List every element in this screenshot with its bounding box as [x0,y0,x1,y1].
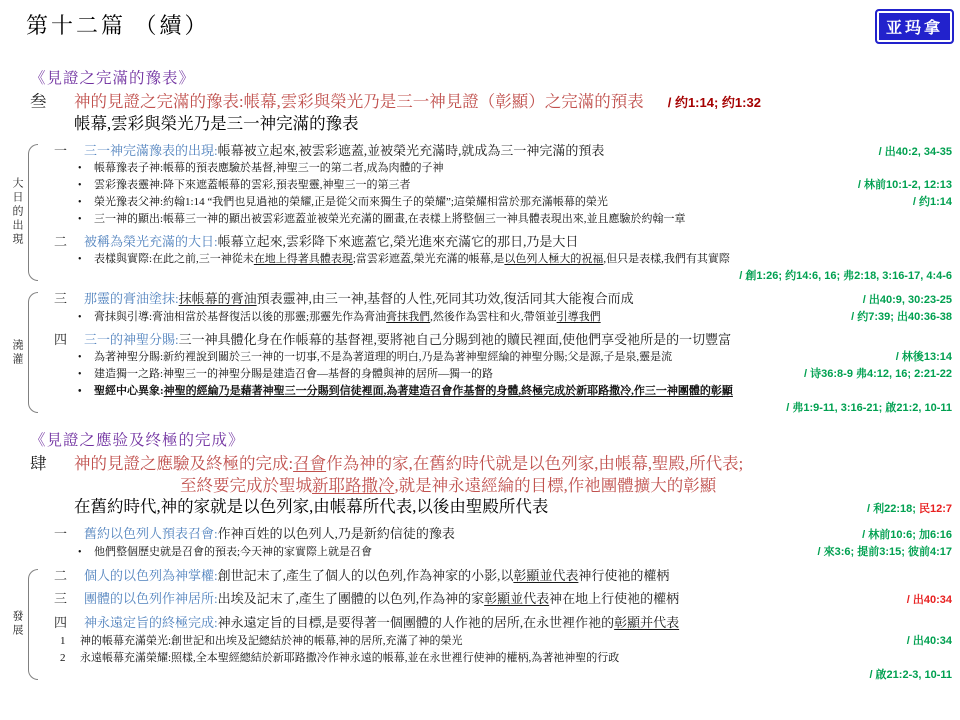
scripture-ref-part: 民12:7 [919,503,952,515]
item-head: 被稱為榮光充滿的大日: [84,234,218,249]
group-rows: 一三一神完滿豫表的出現:帳幕被立起來,被雲彩遮蓋,並被榮光充滿時,就成為三一神完… [30,142,952,284]
outline-section: 《見證之應验及终極的完成》肆神的見證之應驗及終極的完成:召會作為神的家,在舊約時… [0,428,960,682]
scripture-ref: / 利22:18; 民12:7 [857,502,952,517]
slide-header: 第十二篇 （續） 亚玛拿 [0,0,960,44]
group-label: 澆灌 [9,339,25,367]
lead-text: 在舊約時代,神的家就是以色列家,由帳幕所代表,以後由聖殿所代表 [74,496,548,518]
scripture-ref: / 约1:14; 约1:32 [658,94,761,111]
outline-item: 一三一神完滿豫表的出現:帳幕被立起來,被雲彩遮蓋,並被榮光充滿時,就成為三一神完… [54,142,952,160]
section-title: 《見證之完滿的豫表》 [30,66,952,88]
item-text: 榮光豫表父神:約翰1:14 “我們也見過祂的榮耀,正是從父而來獨生子的榮耀”;這… [94,195,903,210]
lead-line: 在舊約時代,神的家就是以色列家,由帳幕所代表,以後由聖殿所代表/ 利22:18;… [30,496,952,518]
item-text: 帳幕豫表子神:帳幕的預表應驗於基督,神聖三一的第二者,成為肉體的子神 [94,161,952,176]
lead-block: 肆神的見證之應驗及終極的完成:召會作為神的家,在舊約時代就是以色列家,由帳幕,聖… [30,453,952,518]
scripture-ref: / 约1:14 [903,195,952,210]
group-rows: 一舊約以色列人預表召會:作神百姓的以色列人,乃是新約信徒的豫表/ 林前10:6;… [30,525,952,560]
outline-group: 三那靈的膏油塗抹:抹帳幕的膏油預表靈神,由三一神,基督的人性,死同其功效,復活同… [30,290,952,415]
bullet-icon: • [78,311,94,325]
underlined-text: 膏抹我們 [386,311,430,323]
underlined-text: 彰顯並代表 [513,568,578,583]
outline-numbered-item: 1神的帳幕充滿榮光:創世記和出埃及記總結於神的帳幕,神的居所,充滿了神的榮光/ … [54,634,952,649]
item-text: 膏抹與引導:膏油相當於基督復活以後的那靈;那靈先作為膏油膏抹我們,然後作為雲柱和… [94,310,841,325]
lead-number: 肆 [30,453,74,475]
group-label: 大日的出現 [9,177,25,247]
group-label: 發展 [9,610,25,638]
item-text: 團體的以色列作神居所:出埃及記末了,產生了團體的以色列,作為神的家彰顯並代表神在… [84,590,897,608]
ref-line: / 弗1:9-11, 3:16-21; 啟21:2, 10-11 [54,399,952,415]
item-number: 一 [54,142,84,160]
lead-line: 至終要完成於聖城新耶路撒冷,就是神永遠經綸的目標,作祂團體擴大的彰顯 [30,475,952,497]
item-text: 聖經中心異象:神聖的經綸乃是藉著神聖三一分賜到信徒裡面,為著建造召會作基督的身體… [94,384,952,399]
outline-bullet: •膏抹與引導:膏油相當於基督復活以後的那靈;那靈先作為膏油膏抹我們,然後作為雲柱… [54,310,952,325]
outline-item: 二被稱為榮光充滿的大日:帳幕立起來,雲彩降下來遮蓋它,榮光進來充滿它的那日,乃是… [54,233,952,251]
page-title: 第十二篇 （續） [26,9,210,40]
outline-item: 二個人的以色列為神掌權:創世記末了,產生了個人的以色列,作為神家的小影,以彰顯並… [54,567,952,585]
outline-bullet: •為著神聖分賜:新約裡說到關於三一神的一切事,不是為著道理的明白,乃是為著神聖經… [54,350,952,365]
underlined-text: 在地上得著具體表現 [254,253,353,265]
scripture-ref: / 來3:6; 提前3:15; 彼前4:17 [808,545,952,560]
outline-item: 三那靈的膏油塗抹:抹帳幕的膏油預表靈神,由三一神,基督的人性,死同其功效,復活同… [54,290,952,308]
item-text: 永遠帳幕充滿榮耀:照樣,全本聖經總結於新耶路撒冷作神永遠的帳幕,並在永世裡行使神… [80,651,952,666]
item-text: 個人的以色列為神掌權:創世記末了,產生了個人的以色列,作為神家的小影,以彰顯並代… [84,567,952,585]
item-head: 團體的以色列作神居所: [84,591,218,606]
item-number: 四 [54,331,84,349]
bullet-icon: • [78,546,94,560]
underlined-text: 引導我們 [557,311,601,323]
scripture-ref: / 出40:9, 30:23-25 [853,293,952,308]
scripture-ref: / 林後13:14 [886,350,952,365]
lead-text: 至終要完成於聖城新耶路撒冷,就是神永遠經綸的目標,作祂團體擴大的彰顯 [180,475,716,497]
lead-text: 帳幕,雲彩與榮光乃是三一神完滿的豫表 [74,113,359,135]
item-number: 四 [54,614,84,632]
lead-text: 神的見證之完滿的豫表:帳幕,雲彩與榮光乃是三一神見證（彰顯）之完滿的預表 [74,91,644,113]
group-brace [28,569,38,680]
scripture-ref: / 出40:34 [897,634,952,649]
section-title: 《見證之應验及终極的完成》 [30,428,952,450]
lead-line: 肆神的見證之應驗及終極的完成:召會作為神的家,在舊約時代就是以色列家,由帳幕,聖… [30,453,952,475]
item-text: 他們整個歷史就是召會的預表;今天神的家實際上就是召會 [94,545,808,560]
underlined-text: 彰顯并代表 [614,615,679,630]
scripture-ref: / 林前10:1-2, 12:13 [848,178,952,193]
item-digit: 1 [60,634,80,649]
item-text: 被稱為榮光充滿的大日:帳幕立起來,雲彩降下來遮蓋它,榮光進來充滿它的那日,乃是大… [84,233,952,251]
bullet-icon: • [78,213,94,227]
outline-bullet: •表樣與實際:在此之前,三一神從未在地上得著具體表現;當雲彩遮蓋,榮光充滿的帳幕… [54,252,952,267]
outline-numbered-item: 2永遠帳幕充滿榮耀:照樣,全本聖經總結於新耶路撒冷作神永遠的帳幕,並在永世裡行使… [54,651,952,666]
item-head: 那靈的膏油塗抹: [84,291,179,306]
scripture-ref: / 創1:26; 约14:6, 16; 弗2:18, 3:16-17, 4:4-… [729,267,952,283]
item-text: 表樣與實際:在此之前,三一神從未在地上得著具體表現;當雲彩遮蓋,榮光充滿的帳幕,… [94,252,952,267]
bullet-icon: • [78,162,94,176]
outline-section: 《見證之完滿的豫表》叁神的見證之完滿的豫表:帳幕,雲彩與榮光乃是三一神見證（彰顯… [0,66,960,415]
item-text: 那靈的膏油塗抹:抹帳幕的膏油預表靈神,由三一神,基督的人性,死同其功效,復活同其… [84,290,853,308]
item-number: 一 [54,525,84,543]
bullet-icon: • [78,351,94,365]
item-head: 舊約以色列人預表召會: [84,526,218,541]
bullet-icon: • [78,368,94,382]
outline-bullet: •榮光豫表父神:約翰1:14 “我們也見過祂的榮耀,正是從父而來獨生子的榮耀”;… [54,195,952,210]
outline-group: 一三一神完滿豫表的出現:帳幕被立起來,被雲彩遮蓋,並被榮光充滿時,就成為三一神完… [30,142,952,284]
bullet-icon: • [78,253,94,267]
logo-badge: 亚玛拿 [875,9,954,44]
bullet-icon: • [78,196,94,210]
outline-bullet: •建造獨一之路:神聖三一的神聖分賜是建造召會—基督的身體與神的居所—獨一的路/ … [54,367,952,382]
group-brace [28,144,38,282]
group-rows: 三那靈的膏油塗抹:抹帳幕的膏油預表靈神,由三一神,基督的人性,死同其功效,復活同… [30,290,952,415]
underlined-text: 彰顯並代表 [484,591,549,606]
item-head: 神永遠定旨的終極完成: [84,615,218,630]
ref-line: / 創1:26; 约14:6, 16; 弗2:18, 3:16-17, 4:4-… [54,267,952,283]
item-text: 為著神聖分賜:新約裡說到關於三一神的一切事,不是為著道理的明白,乃是為著神聖經綸… [94,350,886,365]
outline-item: 四神永遠定旨的終極完成:神永遠定旨的目標,是要得著一個團體的人作祂的居所,在永世… [54,614,952,632]
outline-group: 二個人的以色列為神掌權:創世記末了,產生了個人的以色列,作為神家的小影,以彰顯並… [30,567,952,682]
outline-item: 三團體的以色列作神居所:出埃及記末了,產生了團體的以色列,作為神的家彰顯並代表神… [54,590,952,608]
slide: 第十二篇 （續） 亚玛拿 《見證之完滿的豫表》叁神的見證之完滿的豫表:帳幕,雲彩… [0,0,960,720]
item-number: 二 [54,567,84,585]
item-text: 舊約以色列人預表召會:作神百姓的以色列人,乃是新約信徒的豫表 [84,525,852,543]
item-digit: 2 [60,651,80,666]
item-number: 二 [54,233,84,251]
outline-group: 一舊約以色列人預表召會:作神百姓的以色列人,乃是新約信徒的豫表/ 林前10:6;… [30,525,952,560]
lead-line: 帳幕,雲彩與榮光乃是三一神完滿的豫表 [30,113,952,135]
scripture-ref: / 啟21:2-3, 10-11 [859,666,952,682]
outline-bullet: •帳幕豫表子神:帳幕的預表應驗於基督,神聖三一的第二者,成為肉體的子神 [54,161,952,176]
item-text: 三一的神聖分賜:三一神具體化身在作帳幕的基督裡,要將祂自己分賜到祂的贖民裡面,使… [84,331,952,349]
scripture-ref: / 弗1:9-11, 3:16-21; 啟21:2, 10-11 [776,399,952,415]
outline-bullet: •雲彩豫表靈神:降下來遮蓋帳幕的雲彩,預表聖靈,神聖三一的第三者/ 林前10:1… [54,178,952,193]
scripture-ref: / 出40:34 [897,593,952,608]
underlined-text: 神聖的經綸乃是藉著神聖三一分賜到信徒裡面,為著建造召會作基督的身體,終極完成於新… [164,385,733,397]
ref-line: / 啟21:2-3, 10-11 [54,666,952,682]
item-head: 三一神完滿豫表的出現: [84,143,218,158]
item-text: 建造獨一之路:神聖三一的神聖分賜是建造召會—基督的身體與神的居所—獨一的路 [94,367,794,382]
outline-body: 《見證之完滿的豫表》叁神的見證之完滿的豫表:帳幕,雲彩與榮光乃是三一神見證（彰顯… [0,66,960,682]
underlined-text: 以色列人極大的祝福 [504,253,603,265]
underlined-text: 抹帳幕的膏油 [179,291,257,306]
item-number: 三 [54,590,84,608]
underlined-text: 召會 [293,454,326,473]
item-head: 個人的以色列為神掌權: [84,568,218,583]
group-rows: 二個人的以色列為神掌權:創世記末了,產生了個人的以色列,作為神家的小影,以彰顯並… [30,567,952,682]
item-text: 神的帳幕充滿榮光:創世記和出埃及記總結於神的帳幕,神的居所,充滿了神的榮光 [80,634,897,649]
lead-block: 叁神的見證之完滿的豫表:帳幕,雲彩與榮光乃是三一神見證（彰顯）之完滿的預表/ 约… [30,91,952,135]
scripture-ref-part: / 利22:18; [867,503,919,515]
lead-number: 叁 [30,91,74,113]
item-number: 三 [54,290,84,308]
outline-bullet: •他們整個歷史就是召會的預表;今天神的家實際上就是召會/ 來3:6; 提前3:1… [54,545,952,560]
lead-line: 叁神的見證之完滿的豫表:帳幕,雲彩與榮光乃是三一神見證（彰顯）之完滿的預表/ 约… [30,91,952,113]
underlined-text: 新耶路撒冷 [312,476,395,495]
scripture-ref: / 约7:39; 出40:36-38 [841,310,952,325]
scripture-ref: / 林前10:6; 加6:16 [852,528,952,543]
scripture-ref: / 出40:2, 34-35 [869,145,952,160]
item-text: 三一神的顯出:帳幕三一神的顯出被雲彩遮蓋並被榮光充滿的圖畫,在表樣上將整個三一神… [94,212,952,227]
outline-bullet: •聖經中心異象:神聖的經綸乃是藉著神聖三一分賜到信徒裡面,為著建造召會作基督的身… [54,384,952,399]
bullet-icon: • [78,385,94,399]
bullet-icon: • [78,179,94,193]
item-head: 三一的神聖分賜: [84,332,179,347]
group-brace [28,292,38,413]
item-text: 三一神完滿豫表的出現:帳幕被立起來,被雲彩遮蓋,並被榮光充滿時,就成為三一神完滿… [84,142,869,160]
lead-text: 神的見證之應驗及終極的完成:召會作為神的家,在舊約時代就是以色列家,由帳幕,聖殿… [74,453,743,475]
item-text: 神永遠定旨的終極完成:神永遠定旨的目標,是要得著一個團體的人作祂的居所,在永世裡… [84,614,952,632]
item-text: 雲彩豫表靈神:降下來遮蓋帳幕的雲彩,預表聖靈,神聖三一的第三者 [94,178,848,193]
outline-bullet: •三一神的顯出:帳幕三一神的顯出被雲彩遮蓋並被榮光充滿的圖畫,在表樣上將整個三一… [54,212,952,227]
outline-item: 一舊約以色列人預表召會:作神百姓的以色列人,乃是新約信徒的豫表/ 林前10:6;… [54,525,952,543]
outline-item: 四三一的神聖分賜:三一神具體化身在作帳幕的基督裡,要將祂自己分賜到祂的贖民裡面,… [54,331,952,349]
scripture-ref: / 诗36:8-9 弗4:12, 16; 2:21-22 [794,367,952,382]
